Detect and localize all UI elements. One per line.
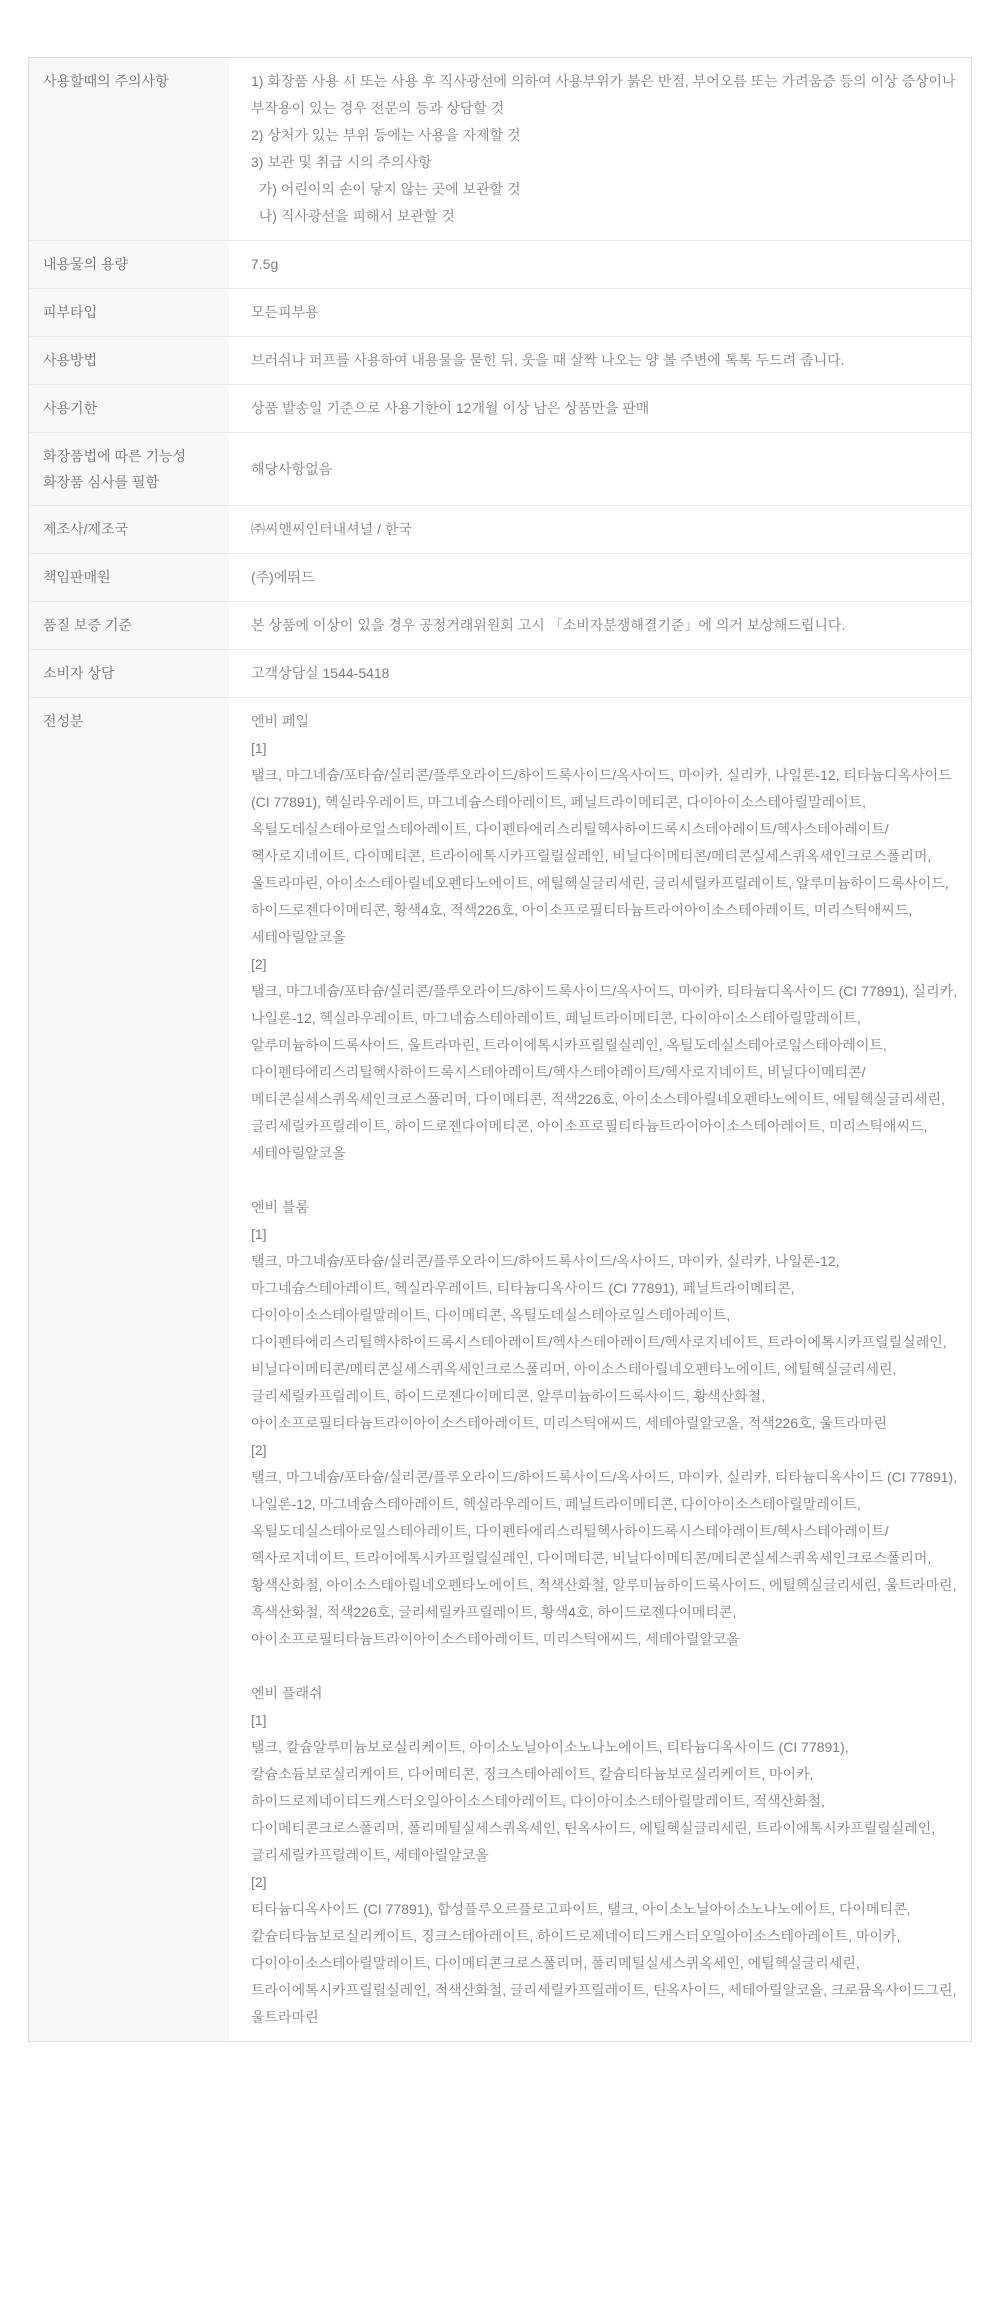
table-row-expiration: 사용기한 상품 발송일 기준으로 사용기한이 12개월 이상 남은 상품만을 판… (29, 384, 971, 432)
row-value-cell: (주)에뛰드 (229, 554, 971, 601)
ingredient-variant-tag: [1] (251, 735, 961, 762)
ingredient-variant-tag: [1] (251, 1707, 961, 1734)
row-value: 해당사항없음 (251, 456, 961, 483)
ingredient-section-pale: 엔비 페일 [1] 탤크, 마그네슘/포타슘/실리콘/플루오라이드/하이드록사이… (251, 708, 961, 1167)
ingredient-shade-name: 엔비 블룸 (251, 1194, 961, 1221)
ingredient-list: 탤크, 마그네슘/포타슘/실리콘/플루오라이드/하이드록사이드/옥사이드, 마이… (251, 762, 961, 951)
row-value: 모든피부용 (251, 299, 961, 326)
row-label: 제조사/제조국 (29, 506, 229, 553)
ingredient-section-flash: 엔비 플래쉬 [1] 탤크, 칼슘알루미늄보로실리케이트, 아이소노닐아이소노나… (251, 1680, 961, 2031)
row-value: 7.5g (251, 251, 961, 278)
row-label: 내용물의 용량 (29, 241, 229, 288)
row-value: (주)에뛰드 (251, 564, 961, 591)
row-value: 브러쉬나 퍼프를 사용하여 내용물을 묻힌 뒤, 웃을 때 살짝 나오는 양 볼… (251, 347, 961, 374)
table-row-functional-review: 화장품법에 따른 기능성 화장품 심사를 필함 해당사항없음 (29, 432, 971, 505)
ingredient-shade-name: 엔비 페일 (251, 708, 961, 735)
row-value-cell: 브러쉬나 퍼프를 사용하여 내용물을 묻힌 뒤, 웃을 때 살짝 나오는 양 볼… (229, 337, 971, 384)
row-value: 본 상품에 이상이 있을 경우 공정거래위원회 고시 「소비자분쟁해결기준」에 … (251, 612, 961, 639)
row-label: 화장품법에 따른 기능성 화장품 심사를 필함 (29, 433, 229, 505)
row-label: 책임판매원 (29, 554, 229, 601)
ingredient-variant-tag: [2] (251, 1437, 961, 1464)
row-value-cell: 1) 화장품 사용 시 또는 사용 후 직사광선에 의하여 사용부위가 붉은 반… (229, 58, 971, 240)
row-value-cell: 본 상품에 이상이 있을 경우 공정거래위원회 고시 「소비자분쟁해결기준」에 … (229, 602, 971, 649)
row-value-cell: 상품 발송일 기준으로 사용기한이 12개월 이상 남은 상품만을 판매 (229, 385, 971, 432)
table-row-consumer-service: 소비자 상담 고객상담실 1544-5418 (29, 649, 971, 697)
row-value-cell: 7.5g (229, 241, 971, 288)
row-value: 1) 화장품 사용 시 또는 사용 후 직사광선에 의하여 사용부위가 붉은 반… (251, 68, 961, 230)
ingredient-list: 티타늄디옥사이드 (CI 77891), 합성플루오르플로고파이트, 탤크, 아… (251, 1896, 961, 2031)
ingredient-variant-tag: [2] (251, 1869, 961, 1896)
table-row-ingredients: 전성분 엔비 페일 [1] 탤크, 마그네슘/포타슘/실리콘/플루오라이드/하이… (29, 697, 971, 2041)
row-label: 사용기한 (29, 385, 229, 432)
row-value: 고객상담실 1544-5418 (251, 660, 961, 687)
row-value: 상품 발송일 기준으로 사용기한이 12개월 이상 남은 상품만을 판매 (251, 395, 961, 422)
ingredient-list: 탤크, 마그네슘/포타슘/실리콘/플루오라이드/하이드록사이드/옥사이드, 마이… (251, 978, 961, 1167)
product-info-table: 사용할때의 주의사항 1) 화장품 사용 시 또는 사용 후 직사광선에 의하여… (28, 57, 972, 2042)
ingredient-variant-tag: [1] (251, 1221, 961, 1248)
row-label: 사용할때의 주의사항 (29, 58, 229, 240)
row-value-cell: ㈜씨앤씨인터내셔널 / 한국 (229, 506, 971, 553)
row-value-cell: 해당사항없음 (229, 433, 971, 505)
row-value: ㈜씨앤씨인터내셔널 / 한국 (251, 516, 961, 543)
table-row-seller: 책임판매원 (주)에뛰드 (29, 553, 971, 601)
row-value-cell: 모든피부용 (229, 289, 971, 336)
table-row-skin-type: 피부타입 모든피부용 (29, 288, 971, 336)
table-row-precautions: 사용할때의 주의사항 1) 화장품 사용 시 또는 사용 후 직사광선에 의하여… (29, 58, 971, 240)
ingredient-list: 탤크, 칼슘알루미늄보로실리케이트, 아이소노닐아이소노나노에이트, 티타늄디옥… (251, 1734, 961, 1869)
row-label: 사용방법 (29, 337, 229, 384)
ingredient-list: 탤크, 마그네슘/포타슘/실리콘/플루오라이드/하이드록사이드/옥사이드, 마이… (251, 1464, 961, 1653)
table-row-quality-guarantee: 품질 보증 기준 본 상품에 이상이 있을 경우 공정거래위원회 고시 「소비자… (29, 601, 971, 649)
row-value-cell: 엔비 페일 [1] 탤크, 마그네슘/포타슘/실리콘/플루오라이드/하이드록사이… (229, 698, 971, 2041)
ingredient-variant-tag: [2] (251, 951, 961, 978)
table-row-manufacturer: 제조사/제조국 ㈜씨앤씨인터내셔널 / 한국 (29, 505, 971, 553)
row-value-cell: 고객상담실 1544-5418 (229, 650, 971, 697)
ingredient-section-bloom: 엔비 블룸 [1] 탤크, 마그네슘/포타슘/실리콘/플루오라이드/하이드록사이… (251, 1194, 961, 1653)
row-label: 품질 보증 기준 (29, 602, 229, 649)
row-label: 소비자 상담 (29, 650, 229, 697)
ingredient-shade-name: 엔비 플래쉬 (251, 1680, 961, 1707)
table-row-usage: 사용방법 브러쉬나 퍼프를 사용하여 내용물을 묻힌 뒤, 웃을 때 살짝 나오… (29, 336, 971, 384)
row-label: 피부타입 (29, 289, 229, 336)
ingredient-list: 탤크, 마그네슘/포타슘/실리콘/플루오라이드/하이드록사이드/옥사이드, 마이… (251, 1248, 961, 1437)
row-label: 전성분 (29, 698, 229, 2041)
table-row-content-volume: 내용물의 용량 7.5g (29, 240, 971, 288)
